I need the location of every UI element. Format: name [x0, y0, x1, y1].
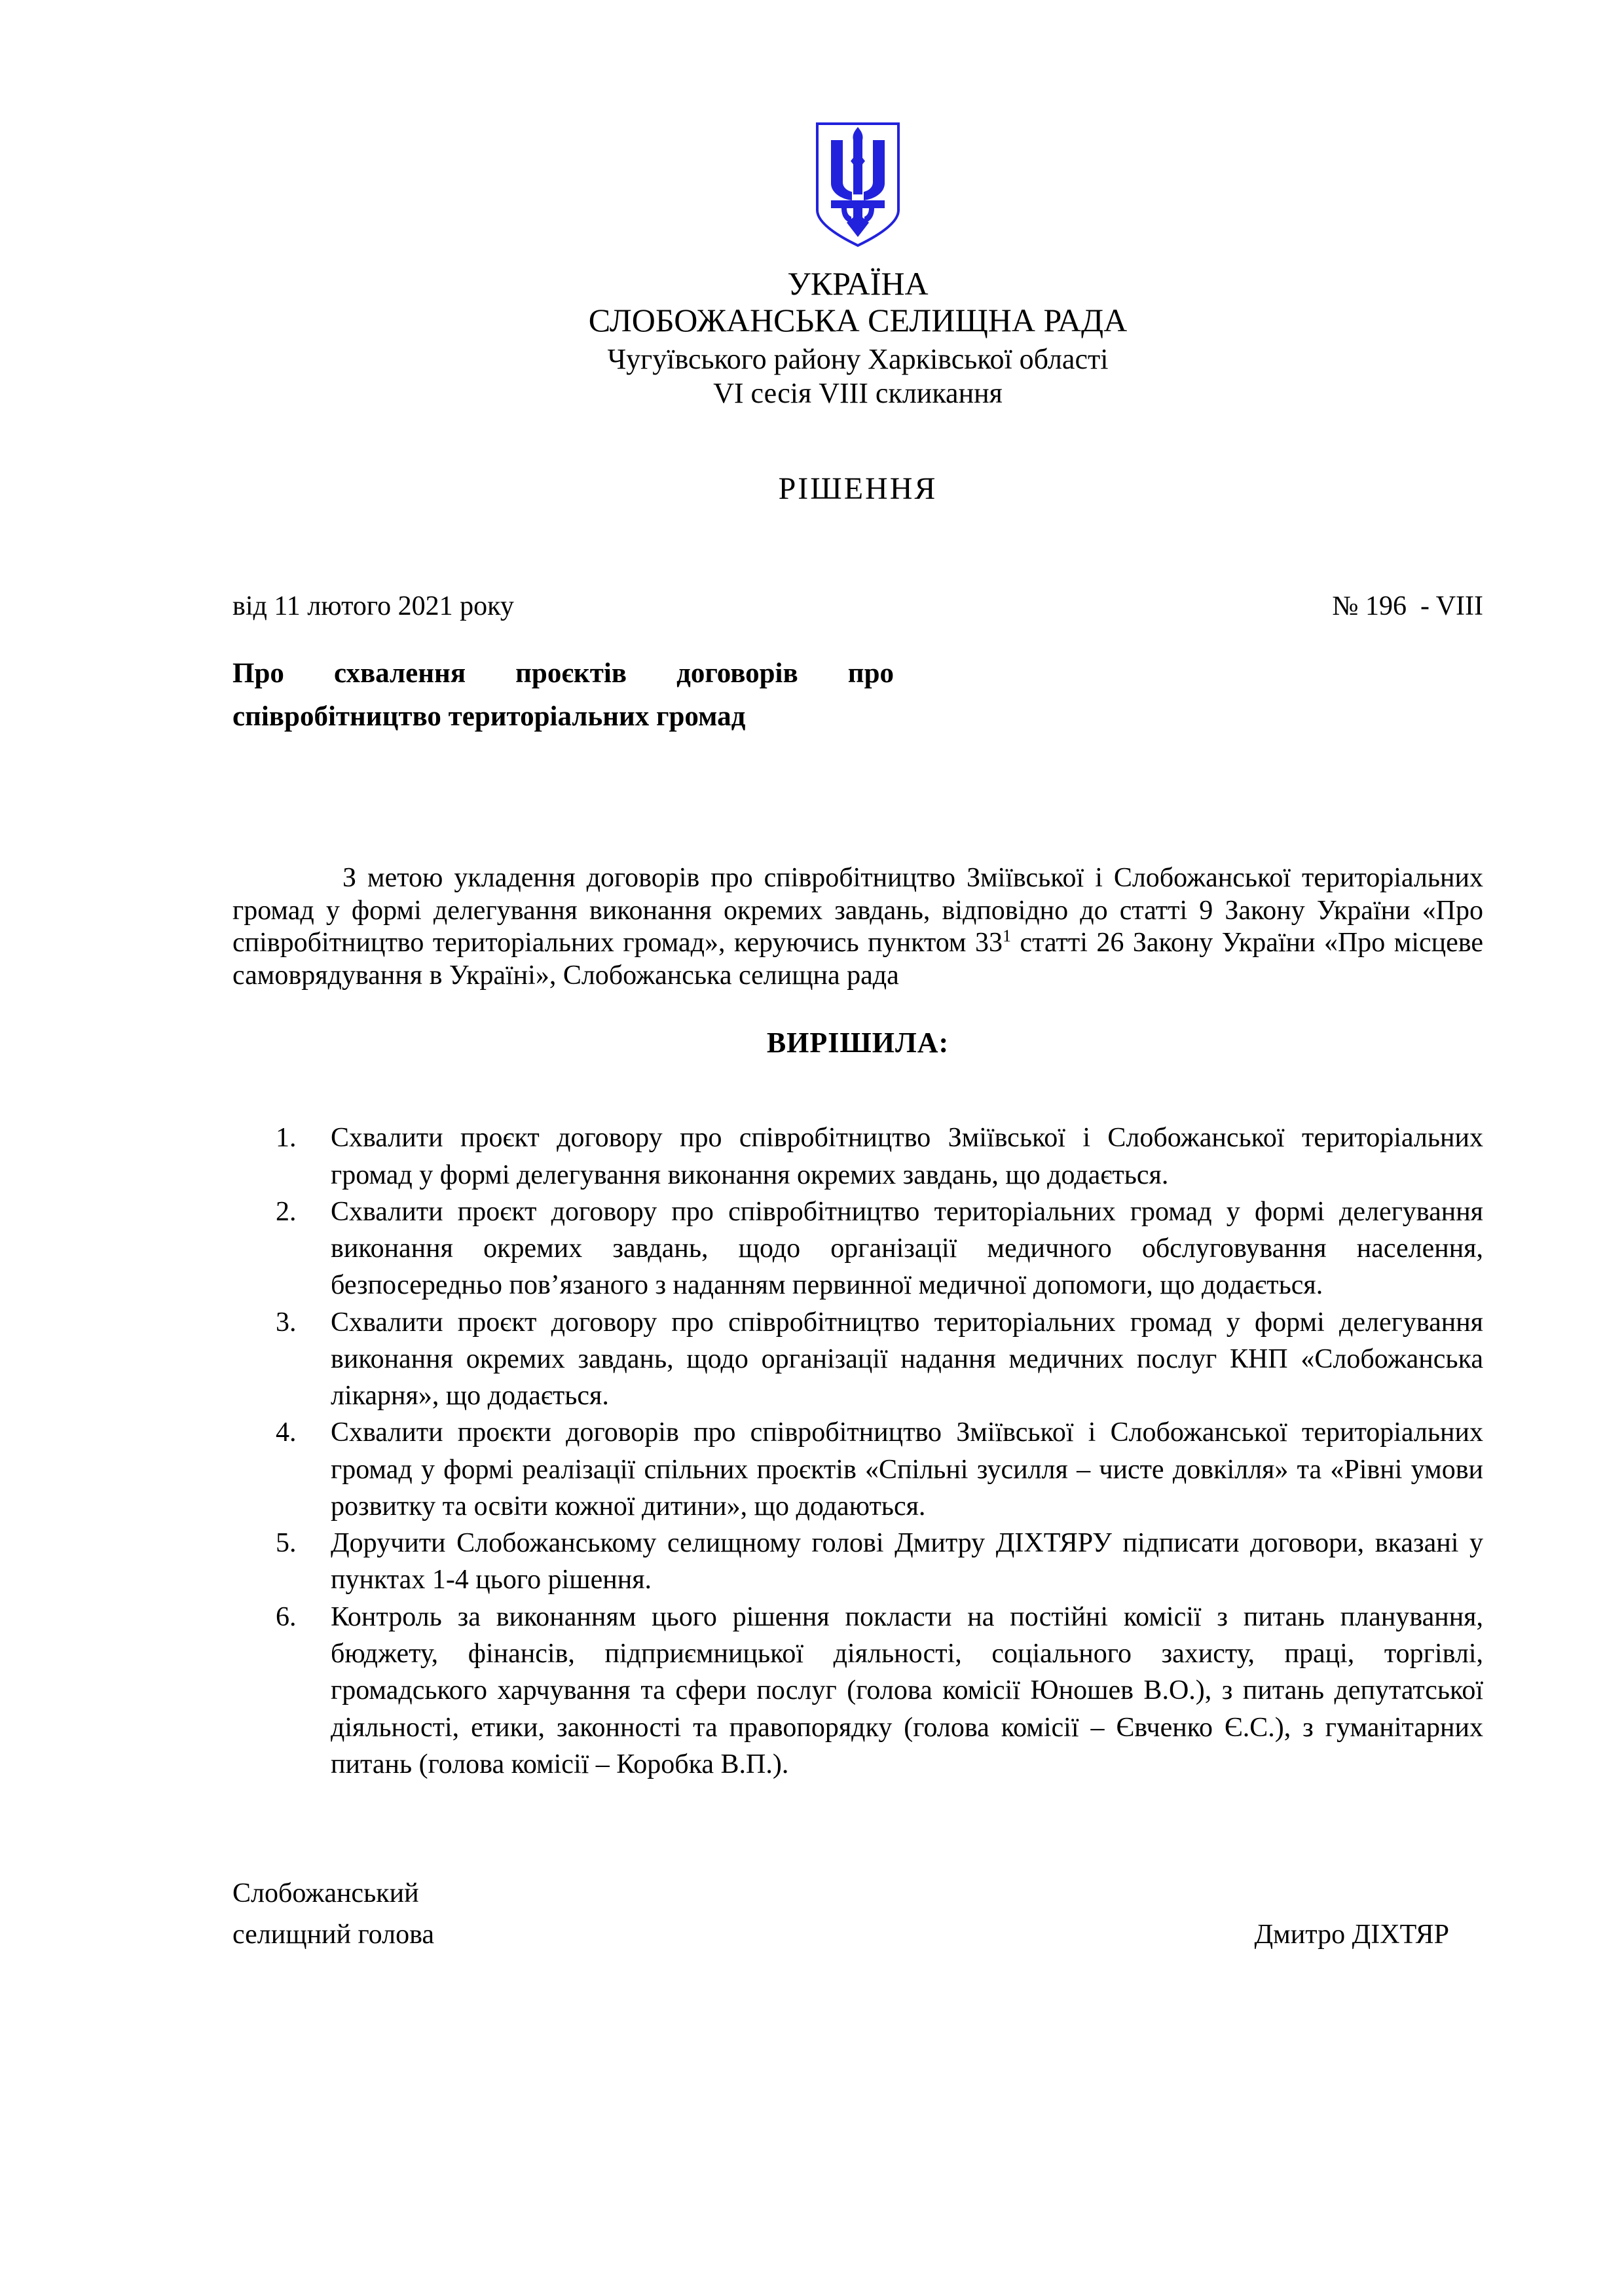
country-name: УКРАЇНА: [232, 265, 1483, 302]
document-header: УКРАЇНА СЛОБОЖАНСЬКА СЕЛИЩНА РАДА Чугуїв…: [232, 121, 1483, 507]
document-date: від 11 лютого 2021 року: [232, 591, 514, 622]
signer-name: Дмитро ДІХТЯР: [1255, 1914, 1449, 1956]
resolution-item-2: Схвалити проєкт договору про співробітни…: [232, 1194, 1483, 1304]
resolved-heading: ВИРІШИЛА:: [232, 1026, 1483, 1059]
resolution-list: Схвалити проєкт договору про співробітни…: [232, 1120, 1483, 1783]
document-title: Про схвалення проєктів договорів про спі…: [232, 652, 894, 739]
signature-block: Слобожанський селищний голова Дмитро ДІХ…: [232, 1873, 1483, 1956]
preamble-superscript: 1: [1003, 926, 1011, 945]
preamble-paragraph: З метою укладення договорів про співробі…: [232, 862, 1483, 992]
document-content: УКРАЇНА СЛОБОЖАНСЬКА СЕЛИЩНА РАДА Чугуїв…: [0, 0, 1624, 1956]
date-number-row: від 11 лютого 2021 року № 196 - VIII: [232, 591, 1483, 622]
ukraine-trident-emblem-icon: [815, 121, 901, 248]
signer-position-line1: Слобожанський: [232, 1873, 434, 1914]
document-number: № 196 - VIII: [1332, 591, 1483, 622]
document-type-heading: РІШЕННЯ: [232, 471, 1483, 507]
session-line: VI сесія VIII скликання: [232, 376, 1483, 410]
resolution-item-1: Схвалити проєкт договору про співробітни…: [232, 1120, 1483, 1194]
resolution-item-4: Схвалити проєкти договорів про співробіт…: [232, 1414, 1483, 1525]
signer-position: Слобожанський селищний голова: [232, 1873, 434, 1956]
resolution-item-5: Доручити Слобожанському селищному голові…: [232, 1525, 1483, 1599]
council-name: СЛОБОЖАНСЬКА СЕЛИЩНА РАДА: [232, 302, 1483, 338]
resolution-item-3: Схвалити проєкт договору про співробітни…: [232, 1304, 1483, 1415]
district-line: Чугуївського району Харківської області: [232, 342, 1483, 376]
document-page: УКРАЇНА СЛОБОЖАНСЬКА СЕЛИЩНА РАДА Чугуїв…: [0, 0, 1624, 2296]
signer-position-line2: селищний голова: [232, 1914, 434, 1956]
resolution-item-6: Контроль за виконанням цього рішення пок…: [232, 1599, 1483, 1783]
